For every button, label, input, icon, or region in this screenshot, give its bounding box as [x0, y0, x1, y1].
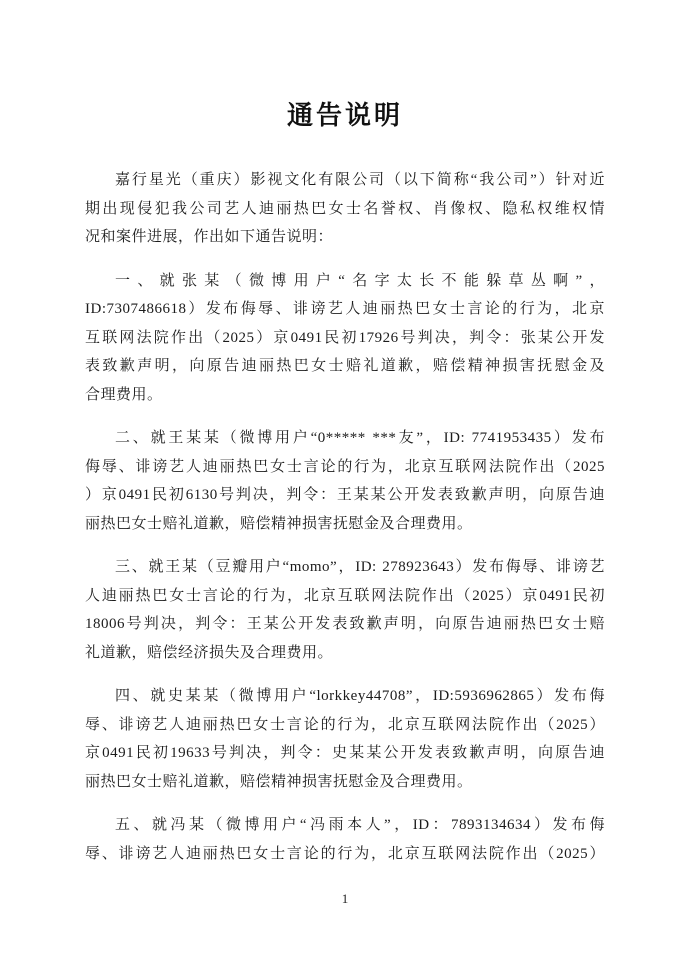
case-item-2: 二、就王某某（微博用户“0***** ***友”，ID: 7741953435）…: [85, 424, 605, 538]
document-body: 嘉行星光（重庆）影视文化有限公司（以下简称“我公司”）针对近 期出现侵犯我公司艺…: [85, 166, 605, 868]
text-line: 辱、诽谤艺人迪丽热巴女士言论的行为，北京互联网法院作出（2025）: [85, 711, 605, 740]
text-line: 期出现侵犯我公司艺人迪丽热巴女士名誉权、肖像权、隐私权维权情: [85, 195, 605, 224]
text-line: ）京0491民初6130号判决，判令：王某某公开发表致歉声明，向原告迪: [85, 481, 605, 510]
document-title: 通告说明: [0, 99, 690, 133]
text-line: 丽热巴女士赔礼道歉，赔偿精神损害抚慰金及合理费用。: [85, 768, 605, 797]
text-line: 辱、诽谤艺人迪丽热巴女士言论的行为，北京互联网法院作出（2025）: [85, 840, 605, 869]
intro-paragraph: 嘉行星光（重庆）影视文化有限公司（以下简称“我公司”）针对近 期出现侵犯我公司艺…: [85, 166, 605, 252]
text-line: 礼道歉，赔偿经济损失及合理费用。: [85, 639, 605, 668]
text-line: 侮辱、诽谤艺人迪丽热巴女士言论的行为，北京互联网法院作出（2025: [85, 453, 605, 482]
text-line: 18006号判决，判令：王某公开发表致歉声明，向原告迪丽热巴女士赔: [85, 610, 605, 639]
text-line: 一、就张某（微博用户“名字太长不能躲草丛啊”，: [85, 267, 605, 296]
case-item-5: 五、就冯某（微博用户“冯雨本人”，ID：7893134634）发布侮 辱、诽谤艺…: [85, 811, 605, 868]
text-line: 三、就王某（豆瓣用户“momo”，ID: 278923643）发布侮辱、诽谤艺: [85, 553, 605, 582]
case-item-4: 四、就史某某（微博用户“lorkkey44708”，ID:5936962865）…: [85, 682, 605, 796]
text-line: 互联网法院作出（2025）京0491民初17926号判决，判令：张某公开发: [85, 324, 605, 353]
page-number: 1: [0, 890, 690, 908]
text-line: 嘉行星光（重庆）影视文化有限公司（以下简称“我公司”）针对近: [85, 166, 605, 195]
text-line: 二、就王某某（微博用户“0***** ***友”，ID: 7741953435）…: [85, 424, 605, 453]
text-line: 五、就冯某（微博用户“冯雨本人”，ID：7893134634）发布侮: [85, 811, 605, 840]
text-line: 人迪丽热巴女士言论的行为，北京互联网法院作出（2025）京0491民初: [85, 582, 605, 611]
case-item-1: 一、就张某（微博用户“名字太长不能躲草丛啊”， ID:7307486618）发布…: [85, 267, 605, 410]
text-line: ID:7307486618）发布侮辱、诽谤艺人迪丽热巴女士言论的行为，北京: [85, 295, 605, 324]
text-line: 四、就史某某（微博用户“lorkkey44708”，ID:5936962865）…: [85, 682, 605, 711]
text-line: 表致歉声明，向原告迪丽热巴女士赔礼道歉，赔偿精神损害抚慰金及: [85, 352, 605, 381]
text-line: 况和案件进展，作出如下通告说明：: [85, 223, 605, 252]
text-line: 合理费用。: [85, 381, 605, 410]
document-page: 通告说明 嘉行星光（重庆）影视文化有限公司（以下简称“我公司”）针对近 期出现侵…: [0, 0, 690, 976]
text-line: 京0491民初19633号判决，判令：史某某公开发表致歉声明，向原告迪: [85, 739, 605, 768]
text-line: 丽热巴女士赔礼道歉，赔偿精神损害抚慰金及合理费用。: [85, 510, 605, 539]
case-item-3: 三、就王某（豆瓣用户“momo”，ID: 278923643）发布侮辱、诽谤艺 …: [85, 553, 605, 667]
